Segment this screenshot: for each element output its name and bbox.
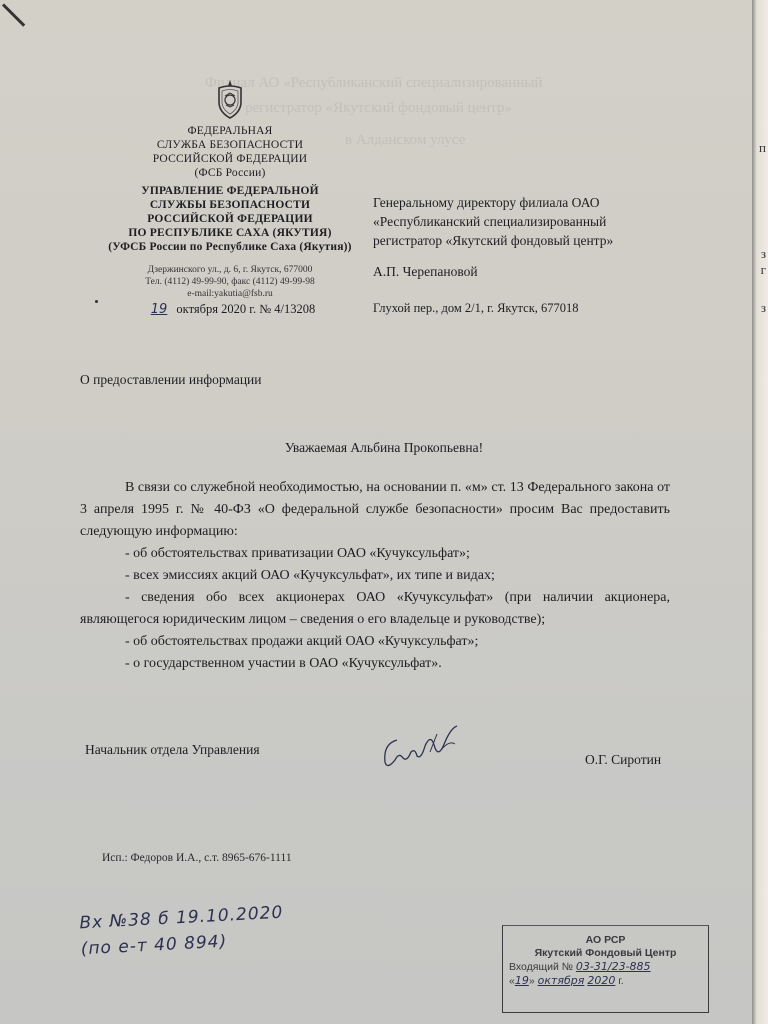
- subject-line: О предоставлении информации: [80, 372, 262, 388]
- fsb-emblem-icon: [214, 78, 246, 120]
- pen-tip: [2, 3, 25, 26]
- contacts: Дзержинского ул., д. 6, г. Якутск, 67700…: [80, 264, 380, 300]
- signer-position: Начальник отдела Управления: [85, 742, 260, 758]
- addressee-address: Глухой пер., дом 2/1, г. Якутск, 677018: [373, 299, 713, 318]
- letter-sheet: Филиал АО «Республиканский специализиров…: [0, 0, 752, 1024]
- incoming-stamp: АО РСР Якутский Фондовый Центр Входящий …: [502, 925, 709, 1013]
- list-item: - об обстоятельствах приватизации ОАО «К…: [80, 543, 670, 565]
- stamp-day: 19: [515, 974, 529, 987]
- signer-name: О.Г. Сиротин: [585, 752, 661, 768]
- greeting: Уважаемая Альбина Прокопьевна!: [0, 440, 768, 456]
- department-name: УПРАВЛЕНИЕ ФЕДЕРАЛЬНОЙ СЛУЖБЫ БЕЗОПАСНОС…: [80, 184, 380, 254]
- intro-paragraph: В связи со служебной необходимостью, на …: [80, 477, 670, 543]
- executor-info: Исп.: Федоров И.А., с.т. 8965-676-1111: [102, 852, 292, 864]
- handwritten-registration-note: Вх №38 б 19.10.2020 (по е-т 40 894): [79, 900, 286, 963]
- address: Дзержинского ул., д. 6, г. Якутск, 67700…: [80, 264, 380, 276]
- email: e-mail:yakutia@fsb.ru: [80, 288, 380, 300]
- list-item: - о государственном участии в ОАО «Кучук…: [80, 653, 670, 675]
- incoming-number: 03-31/23-885: [576, 960, 651, 973]
- list-item: - об обстоятельствах продажи акций ОАО «…: [80, 631, 670, 653]
- underlying-page-edge: п з г з: [752, 0, 768, 1024]
- letter-body: В связи со служебной необходимостью, на …: [80, 477, 670, 675]
- phones: Тел. (4112) 49-99-90, факс (4112) 49-99-…: [80, 276, 380, 288]
- ink-dot: [95, 300, 98, 303]
- outgoing-number: 19 октября 2020 г. № 4/13208: [80, 302, 380, 317]
- stamp-month: октября: [538, 974, 585, 987]
- stamp-year: 2020: [587, 974, 615, 987]
- handwritten-day: 19: [145, 302, 174, 317]
- letterhead: ФЕДЕРАЛЬНАЯ СЛУЖБА БЕЗОПАСНОСТИ РОССИЙСК…: [80, 78, 380, 317]
- addressee-name: А.П. Черепановой: [373, 262, 713, 281]
- handwritten-signature-icon: [375, 722, 465, 772]
- list-item: - сведения обо всех акционерах ОАО «Кучу…: [80, 587, 670, 631]
- list-item: - всех эмиссиях акций ОАО «Кучуксульфат»…: [80, 565, 670, 587]
- org-name: ФЕДЕРАЛЬНАЯ СЛУЖБА БЕЗОПАСНОСТИ РОССИЙСК…: [80, 124, 380, 180]
- addressee-block: Генеральному директору филиала ОАО «Респ…: [373, 193, 713, 318]
